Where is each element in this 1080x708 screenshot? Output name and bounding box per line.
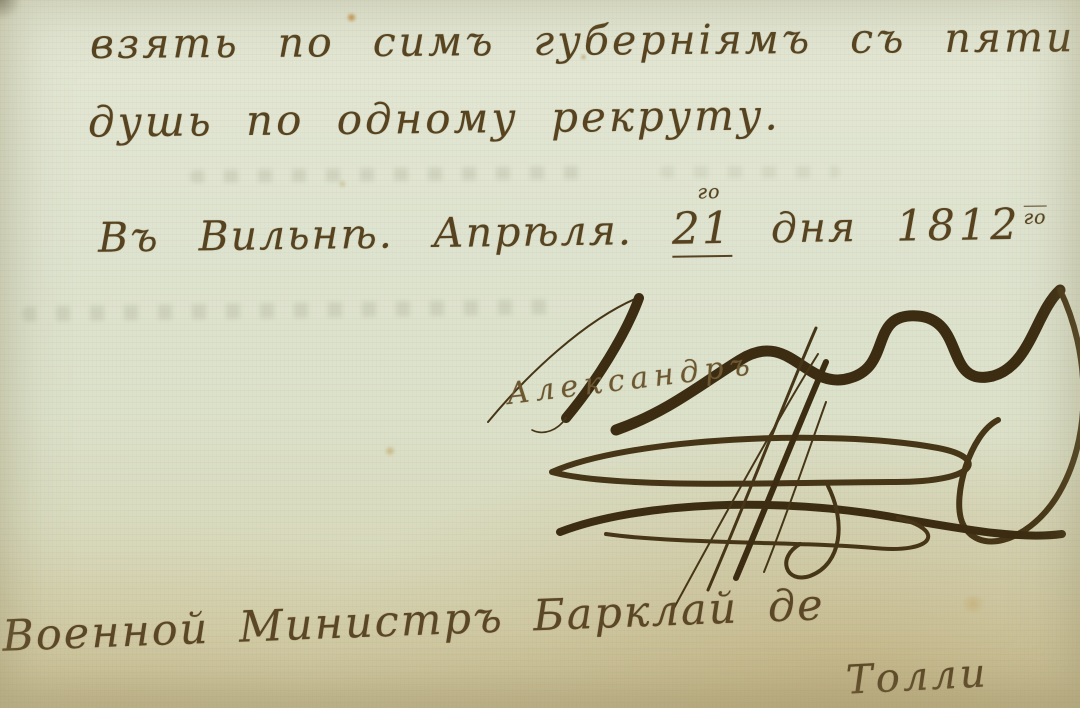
show-through-smudge: [190, 166, 590, 183]
body-text-line-1: взять по симъ губерніямъ съ пяти сотъ: [90, 12, 1080, 68]
show-through-smudge: [660, 166, 840, 178]
corner-smudge: [0, 0, 20, 22]
countersignature-line-1: Военной Министръ Барклай де: [1, 580, 825, 662]
foxing-spot: [384, 446, 396, 456]
foxing-spot: [338, 180, 347, 188]
flourish-stroke: [560, 505, 1062, 536]
dateline-day-group: 21го: [672, 203, 733, 255]
signature-flourish: [478, 270, 1080, 618]
dateline: Въ Вильнѣ. Апрѣля. 21го дня 1812го года.: [98, 196, 1080, 262]
dateline-day-superscript: го: [697, 181, 720, 203]
dateline-word-day: дня: [771, 203, 858, 252]
flourish-stroke: [786, 486, 838, 577]
dateline-place: Въ Вильнѣ.: [98, 210, 394, 262]
dateline-year-superscript: го: [1023, 206, 1046, 229]
flourish-stroke: [606, 518, 928, 549]
body-text-line-2: душь по одному рекруту.: [88, 90, 781, 146]
dateline-day: 21: [672, 203, 733, 258]
dateline-year-group: 1812го: [896, 199, 1047, 251]
dateline-year: 1812: [896, 200, 1022, 252]
flourish-stroke: [959, 290, 1080, 542]
manuscript-page: взять по симъ губерніямъ съ пяти сотъ ду…: [0, 0, 1080, 708]
show-through-smudge: [22, 299, 552, 321]
flourish-stroke: [532, 418, 566, 432]
dateline-month: Апрѣля.: [432, 206, 633, 257]
imperial-signature: Александръ: [478, 270, 1080, 618]
countersignature-line-2: Толли: [845, 650, 990, 703]
